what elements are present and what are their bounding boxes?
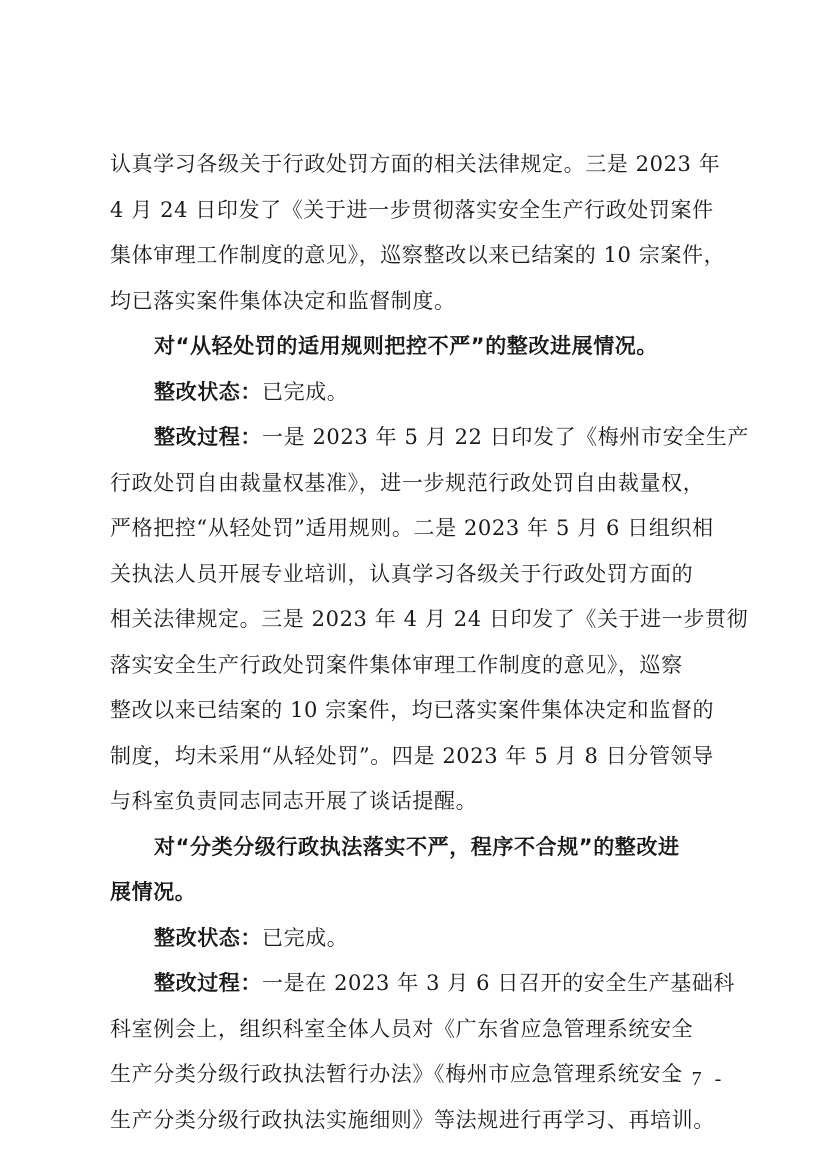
body-text-line: 落实安全生产行政处罚案件集体审理工作制度的意见》，巡察: [110, 643, 730, 689]
process-label: 整改过程：: [154, 971, 262, 995]
status-label: 整改状态：: [154, 380, 262, 404]
body-text-line: 整改以来已结案的 10 宗案件，均已落实案件集体决定和监督的: [110, 688, 730, 734]
body-text-line: 制度，均未采用“从轻处罚”。四是 2023 年 5 月 8 日分管领导: [110, 734, 730, 780]
status-value: 已完成。: [262, 380, 348, 404]
status-value: 已完成。: [262, 926, 348, 950]
status-label: 整改状态：: [154, 926, 262, 950]
status-line: 整改状态：已完成。: [110, 370, 730, 416]
status-line: 整改状态：已完成。: [110, 916, 730, 962]
process-text: 一是 2023 年 5 月 22 日印发了《梅州市安全生产: [262, 425, 749, 449]
page-number: - 7 -: [672, 1068, 725, 1091]
process-text: 一是在 2023 年 3 月 6 日召开的安全生产基础科: [262, 971, 735, 995]
body-text-line: 与科室负责同志同志开展了谈话提醒。: [110, 779, 730, 825]
body-text-line: 科室例会上，组织科室全体人员对《广东省应急管理系统安全: [110, 1007, 730, 1053]
section-heading: 对“从轻处罚的适用规则把控不严”的整改进展情况。: [110, 324, 730, 370]
body-text-line: 相关法律规定。三是 2023 年 4 月 24 日印发了《关于进一步贯彻: [110, 597, 730, 643]
document-page: 认真学习各级关于行政处罚方面的相关法律规定。三是 2023 年 4 月 24 日…: [110, 142, 730, 1143]
body-text-line: 4 月 24 日印发了《关于进一步贯彻落实安全生产行政处罚案件: [110, 188, 730, 234]
body-text-line: 生产分类分级行政执法暂行办法》《梅州市应急管理系统安全: [110, 1052, 730, 1098]
body-text-line: 行政处罚自由裁量权基准》，进一步规范行政处罚自由裁量权，: [110, 461, 730, 507]
section-heading: 对“分类分级行政执法落实不严，程序不合规”的整改进: [110, 825, 730, 871]
process-line: 整改过程：一是 2023 年 5 月 22 日印发了《梅州市安全生产: [110, 415, 730, 461]
process-label: 整改过程：: [154, 425, 262, 449]
body-text-line: 关执法人员开展专业培训，认真学习各级关于行政处罚方面的: [110, 552, 730, 598]
process-line: 整改过程：一是在 2023 年 3 月 6 日召开的安全生产基础科: [110, 961, 730, 1007]
section-heading-continued: 展情况。: [110, 870, 730, 916]
body-text-line: 均已落实案件集体决定和监督制度。: [110, 279, 730, 325]
body-text-line: 严格把控“从轻处罚”适用规则。二是 2023 年 5 月 6 日组织相: [110, 506, 730, 552]
body-text-line: 集体审理工作制度的意见》，巡察整改以来已结案的 10 宗案件，: [110, 233, 730, 279]
body-text-line: 认真学习各级关于行政处罚方面的相关法律规定。三是 2023 年: [110, 142, 730, 188]
body-text-line: 生产分类分级行政执法实施细则》等法规进行再学习、再培训。: [110, 1098, 730, 1144]
